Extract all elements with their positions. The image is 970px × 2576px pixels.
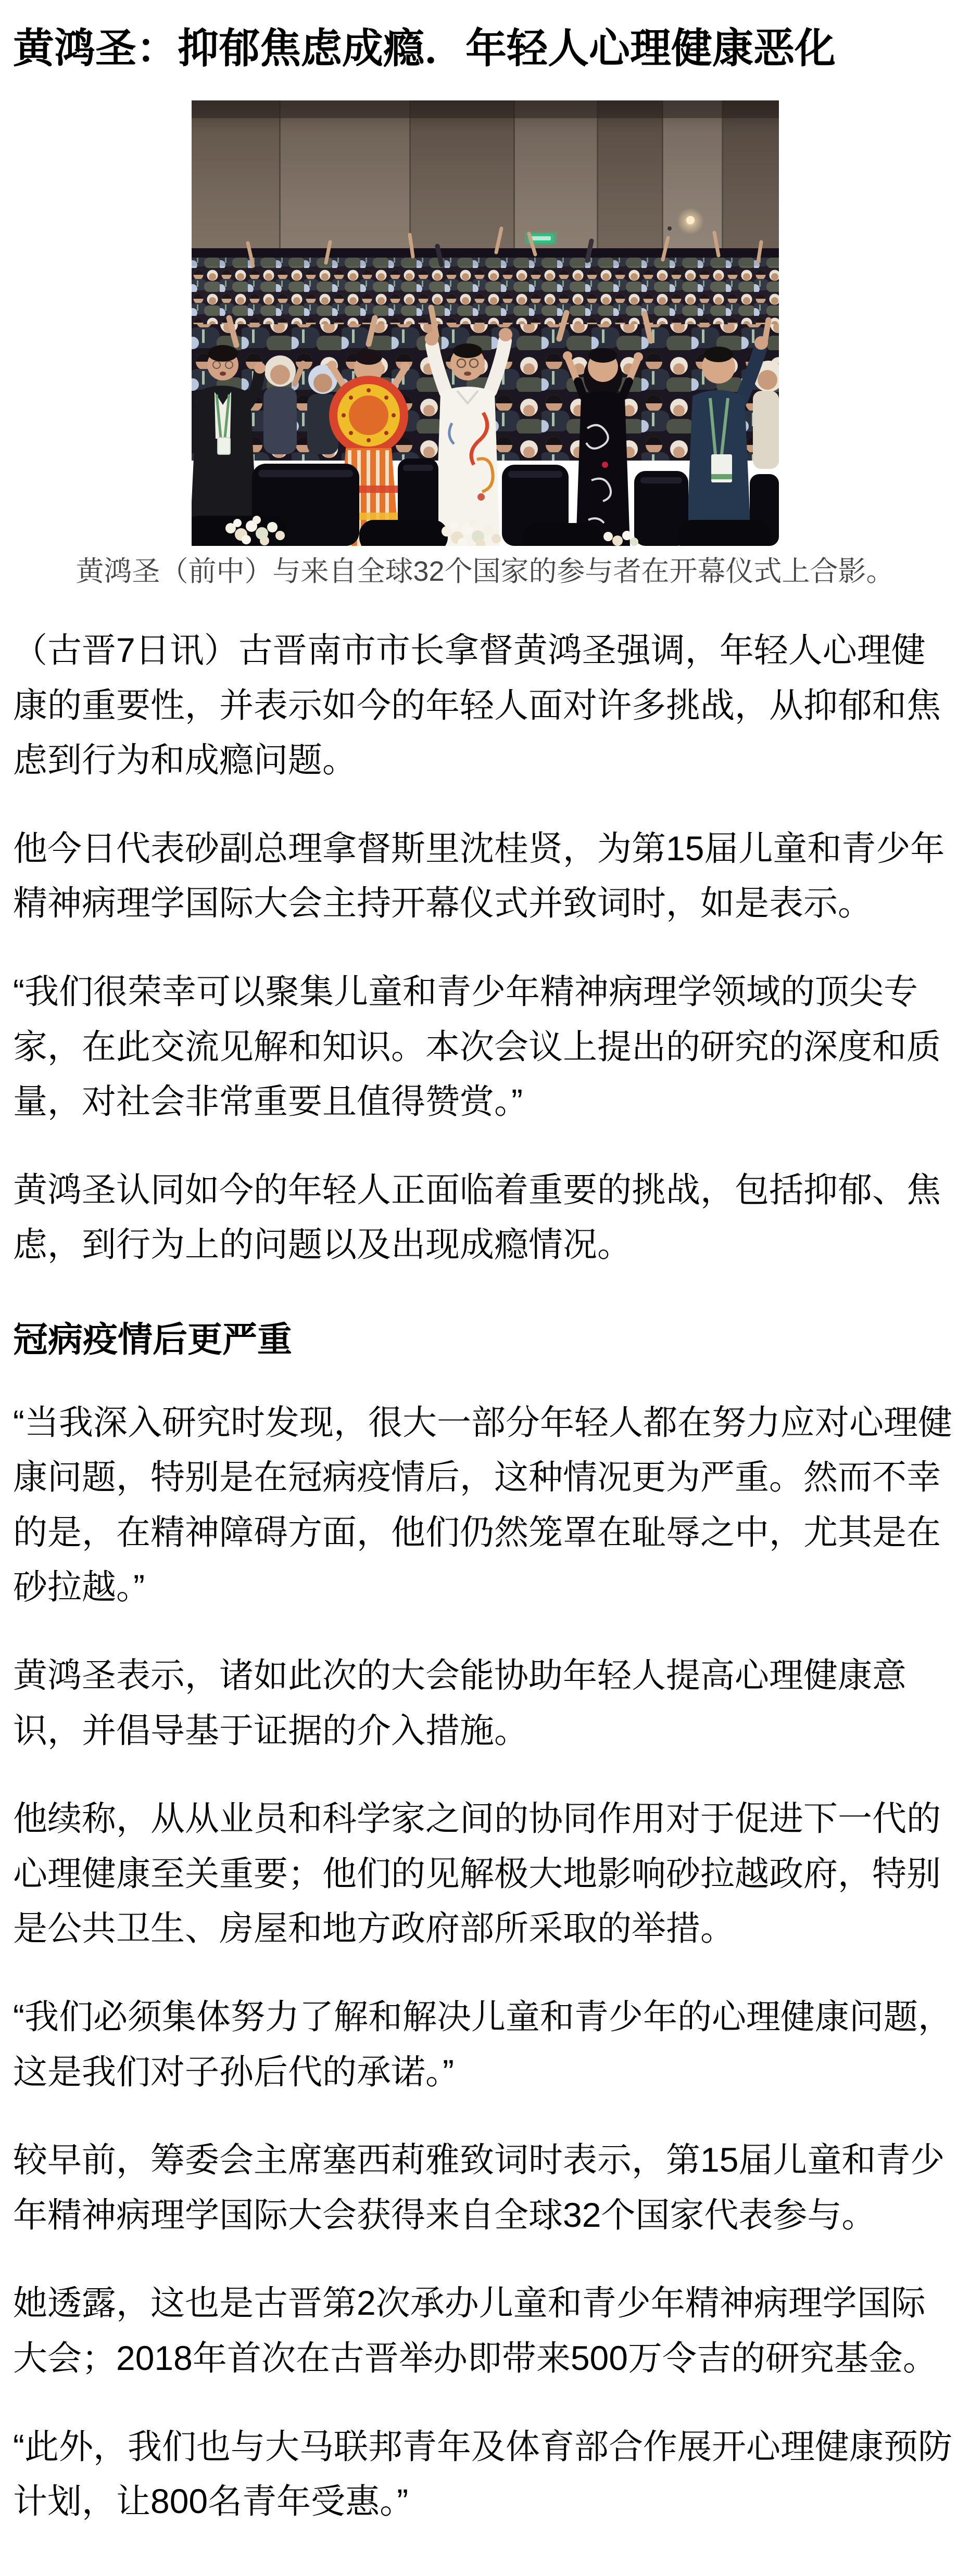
photo-caption: 黄鸿圣（前中）与来自全球32个国家的参与者在开幕仪式上合影。	[13, 553, 957, 590]
conference-photo	[192, 100, 779, 546]
paragraph-5-quote: “当我深入研究时发现，很大一部分年轻人都在努力应对心理健康问题，特别是在冠病疫情…	[13, 1395, 957, 1615]
paragraph-1: （古晋7日讯）古晋南市市长拿督黄鸿圣强调，年轻人心理健康的重要性，并表示如今的年…	[13, 623, 957, 788]
paragraph-11-quote: “此外，我们也与大马联邦青年及体育部合作展开心理健康预防计划，让800名青年受惠…	[13, 2419, 957, 2529]
paragraph-4: 黄鸿圣认同如今的年轻人正面临着重要的挑战，包括抑郁、焦虑，到行为上的问题以及出现…	[13, 1163, 957, 1272]
article-photo-figure: 黄鸿圣（前中）与来自全球32个国家的参与者在开幕仪式上合影。	[13, 100, 957, 590]
paragraph-2: 他今日代表砂副总理拿督斯里沈桂贤，为第15届儿童和青少年精神病理学国际大会主持开…	[13, 821, 957, 931]
news-article: 黄鸿圣：抑郁焦虑成瘾．年轻人心理健康恶化	[0, 24, 970, 2568]
section-heading: 冠病疫情后更严重	[13, 1318, 957, 1362]
paragraph-3-quote: “我们很荣幸可以聚集儿童和青少年精神病理学领域的顶尖专家，在此交流见解和知识。本…	[13, 964, 957, 1129]
paragraph-6: 黄鸿圣表示，诸如此次的大会能协助年轻人提高心理健康意识，并倡导基于证据的介入措施…	[13, 1648, 957, 1758]
article-title: 黄鸿圣：抑郁焦虑成瘾．年轻人心理健康恶化	[13, 24, 957, 73]
paragraph-9: 较早前，筹委会主席塞西莉雅致词时表示，第15届儿童和青少年精神病理学国际大会获得…	[13, 2133, 957, 2242]
paragraph-10: 她透露，这也是古晋第2次承办儿童和青少年精神病理学国际大会；2018年首次在古晋…	[13, 2276, 957, 2386]
paragraph-7: 他续称，从从业员和科学家之间的协同作用对于促进下一代的心理健康至关重要；他们的见…	[13, 1791, 957, 1956]
conference-photo-image	[192, 100, 779, 546]
paragraph-8-quote: “我们必须集体努力了解和解决儿童和青少年的心理健康问题，这是我们对子孙后代的承诺…	[13, 1990, 957, 2099]
